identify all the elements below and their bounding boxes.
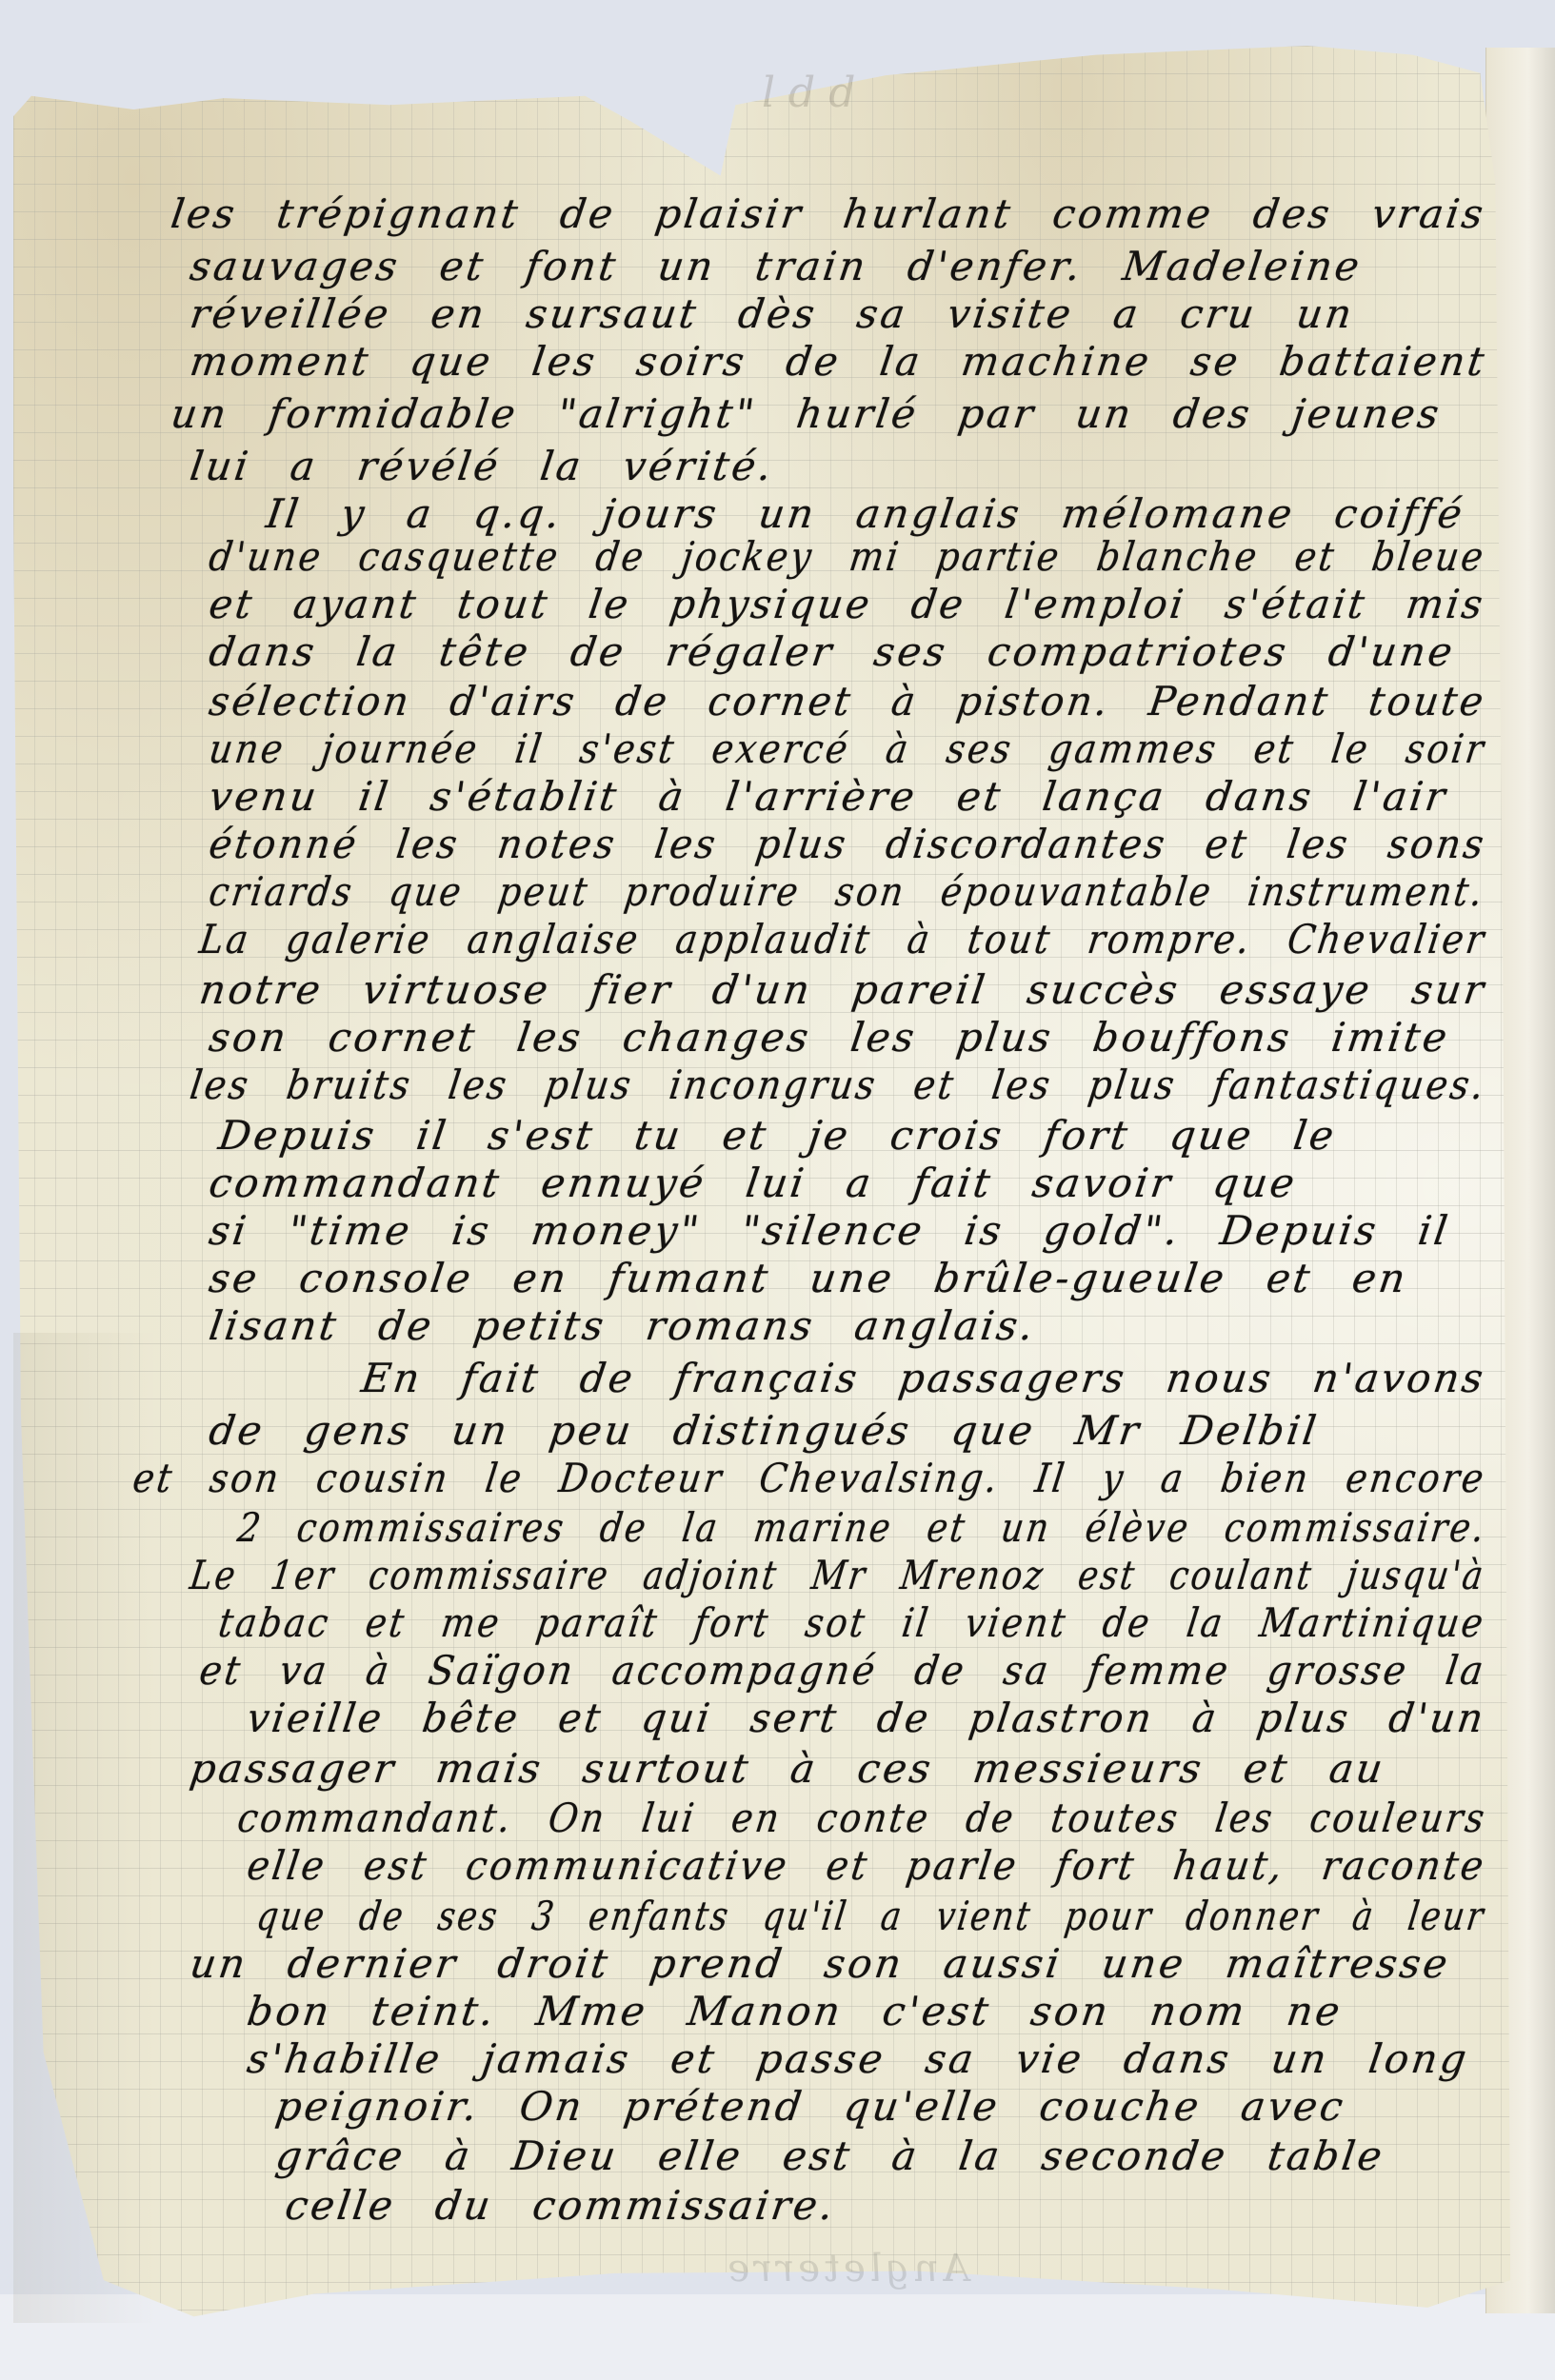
manuscript-line: dans la tête de régaler ses compatriotes…: [207, 628, 1459, 675]
manuscript-line: étonné les notes les plus discordantes e…: [207, 821, 1489, 867]
manuscript-line: les trépignant de plaisir hurlant comme …: [169, 190, 1489, 237]
manuscript-line: réveillée en sursaut dès sa visite a cru…: [188, 290, 1358, 337]
manuscript-line: Le 1er commissaire adjoint Mr Mrenoz est…: [188, 1552, 1488, 1598]
manuscript-line: grâce à Dieu elle est à la seconde table: [273, 2132, 1388, 2179]
manuscript-line: son cornet les changes les plus bouffons…: [207, 1014, 1453, 1061]
manuscript-line: 2 commissaires de la marine et un élève …: [235, 1504, 1490, 1551]
manuscript-line: passager mais surtout à ces messieurs et…: [188, 1745, 1388, 1792]
manuscript-line: une journée il s'est exercé à ses gammes…: [207, 725, 1489, 772]
manuscript-line: lui a révélé la vérité.: [188, 443, 778, 489]
manuscript-line: que de ses 3 enfants qu'il a vient pour …: [254, 1893, 1488, 1939]
manuscript-line: En fait de français passagers nous n'avo…: [359, 1355, 1489, 1401]
manuscript-line: les bruits les plus incongrus et les plu…: [188, 1061, 1489, 1108]
manuscript-line: criards que peut produire son épouvantab…: [207, 868, 1488, 915]
manuscript-line: commandant ennuyé lui a fait savoir que: [207, 1160, 1301, 1206]
manuscript-line: vieille bête et qui sert de plastron à p…: [245, 1695, 1489, 1741]
manuscript-line: d'une casquette de jockey mi partie blan…: [207, 533, 1489, 580]
manuscript-line: un dernier droit prend son aussi une maî…: [188, 1940, 1454, 1987]
manuscript-line: Il y a q.q. jours un anglais mélomane co…: [264, 490, 1468, 537]
manuscript-line: si "time is money" "silence is gold". De…: [207, 1207, 1454, 1254]
manuscript-line: elle est communicative et parle fort hau…: [245, 1842, 1489, 1889]
manuscript-line: se console en fumant une brûle-gueule et…: [207, 1255, 1411, 1301]
manuscript-line: moment que les soirs de la machine se ba…: [188, 338, 1490, 385]
manuscript-line: et ayant tout le physique de l'emploi s'…: [207, 581, 1488, 627]
manuscript-line: de gens un peu distingués que Mr Delbil: [207, 1407, 1322, 1454]
manuscript-line: et va à Saïgon accompagné de sa femme gr…: [197, 1647, 1489, 1694]
manuscript-line: Depuis il s'est tu et je crois fort que …: [216, 1112, 1340, 1159]
manuscript-line: sélection d'airs de cornet à piston. Pen…: [207, 678, 1489, 724]
manuscript-line: notre virtuose fier d'un pareil succès e…: [197, 966, 1489, 1013]
faint-mark: l d d: [762, 69, 855, 117]
manuscript-line: tabac et me paraît fort sot il vient de …: [216, 1599, 1489, 1646]
manuscript-line: et son cousin le Docteur Chevalsing. Il …: [130, 1455, 1489, 1501]
manuscript-line: venu il s'établit à l'arrière et lança d…: [207, 773, 1451, 820]
manuscript-line: peignoir. On prétend qu'elle couche avec: [273, 2083, 1349, 2130]
manuscript-line: commandant. On lui en conte de toutes le…: [235, 1795, 1490, 1841]
manuscript-line: lisant de petits romans anglais.: [207, 1302, 1040, 1349]
manuscript-line: un formidable "alright" hurlé par un des…: [169, 390, 1445, 437]
manuscript-line: celle du commissaire.: [283, 2182, 839, 2229]
manuscript-line: sauvages et font un train d'enfer. Madel…: [188, 243, 1366, 289]
manuscript-line: bon teint. Mme Manon c'est son nom ne: [245, 1988, 1346, 2034]
manuscript-line: s'habille jamais et passe sa vie dans un…: [245, 2035, 1472, 2082]
manuscript-line: La galerie anglaise applaudit à tout rom…: [197, 916, 1489, 962]
bleed-through-text: Angleterre: [721, 2247, 973, 2291]
